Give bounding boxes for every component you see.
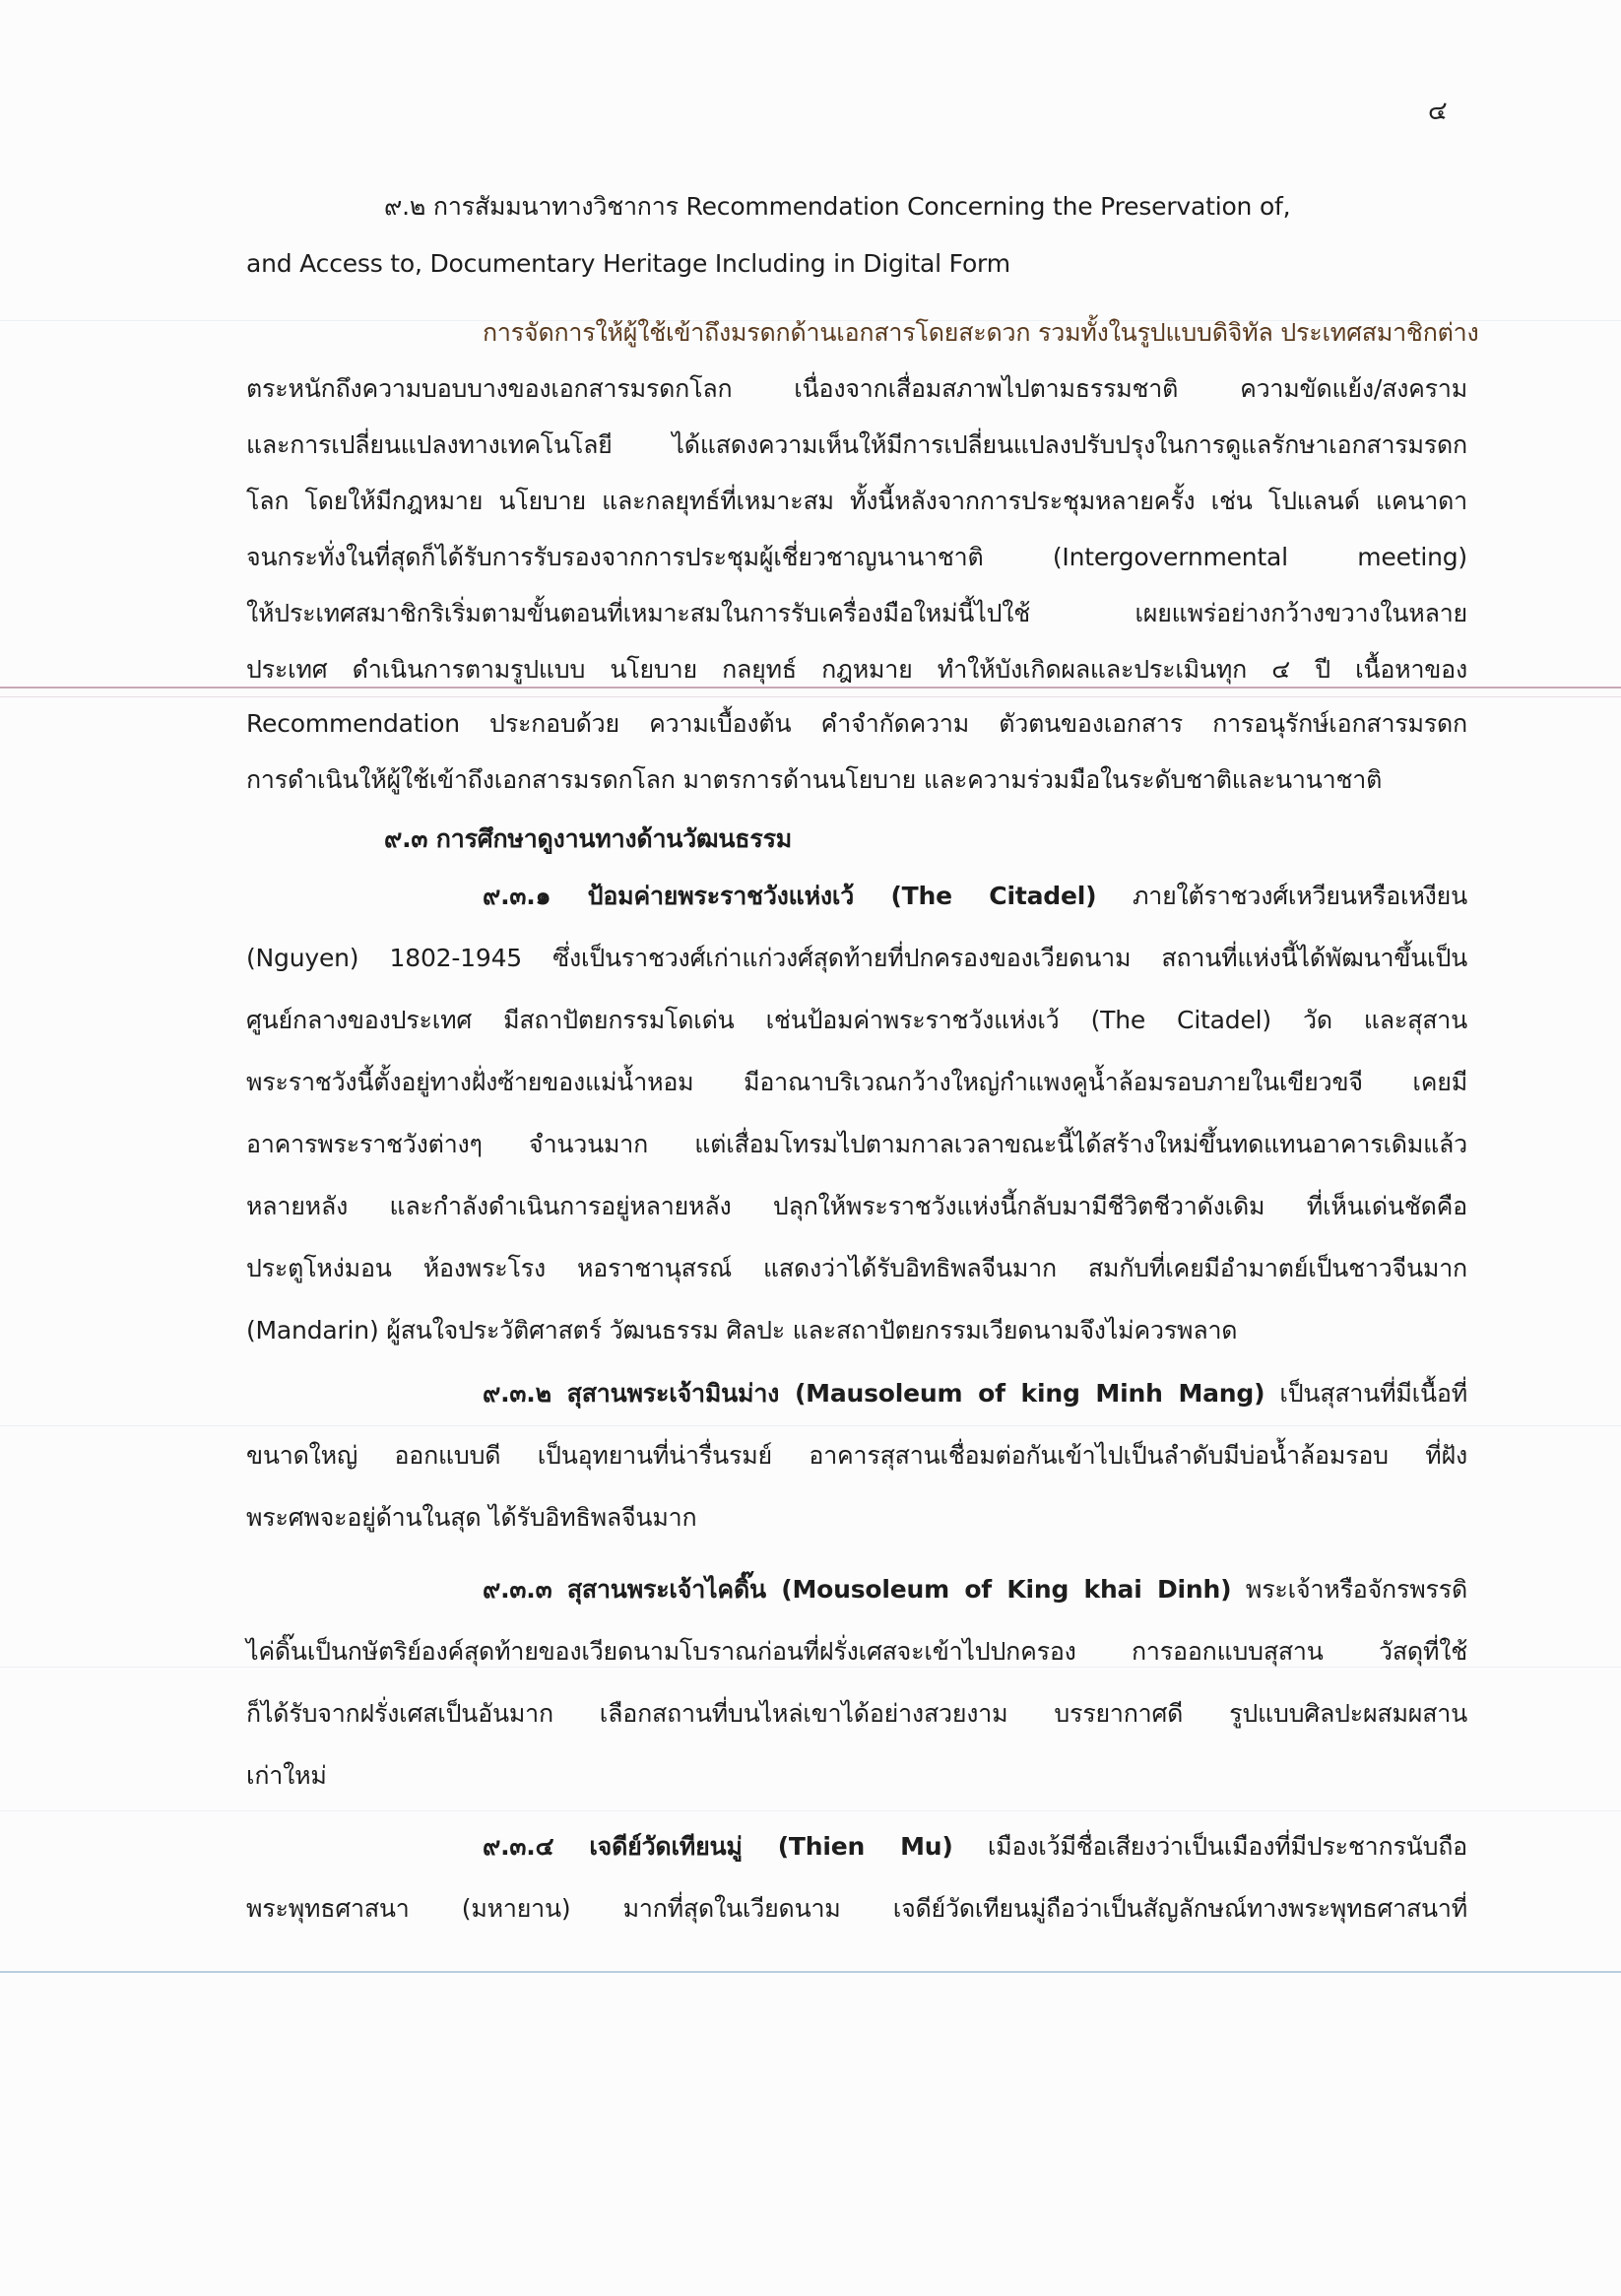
paragraph-line: การจัดการให้ผู้ใช้เข้าถึงมรดกด้านเอกสารโ… bbox=[483, 313, 1467, 353]
subsection-text: เป็นสุสานที่มีเนื้อที่ bbox=[1264, 1379, 1467, 1408]
paragraph-line: ศูนย์กลางของประเทศ มีสถาปัตยกรรมโดเด่น เ… bbox=[246, 1001, 1467, 1040]
subsection-9-3-4-first-line: ๙.๓.๔ เจดีย์วัดเทียนมู่ (Thien Mu) เมือง… bbox=[483, 1827, 1467, 1867]
subsection-9-3-2-first-line: ๙.๓.๒ สุสานพระเจ้ามินม่าง (Mausoleum of … bbox=[483, 1374, 1467, 1413]
document-page: ๔ ๙.๒ การสัมมนาทางวิชาการ Recommendation… bbox=[0, 0, 1621, 2296]
subsection-text: ภายใต้ราชวงศ์เหวียนหรือเหงียน bbox=[1096, 882, 1467, 910]
subsection-9-3-1-first-line: ๙.๓.๑ ป้อมค่ายพระราชวังแห่งเว้ (The Cita… bbox=[483, 877, 1467, 916]
section-heading-9-2-line2: and Access to, Documentary Heritage Incl… bbox=[246, 244, 1467, 284]
paragraph-line: (Mandarin) ผู้สนใจประวัติศาสตร์ วัฒนธรรม… bbox=[246, 1311, 1467, 1350]
page-number: ๔ bbox=[1428, 91, 1448, 131]
subsection-text: เมืองเว้มีชื่อเสียงว่าเป็นเมืองที่มีประช… bbox=[953, 1832, 1467, 1861]
paragraph-line: และการเปลี่ยนแปลงทางเทคโนโลยี ได้แสดงควา… bbox=[246, 426, 1467, 465]
paragraph-line: Recommendation ประกอบด้วย ความเบื้องต้น … bbox=[246, 704, 1467, 744]
subsection-title: ๙.๓.๓ สุสานพระเจ้าไคดิ๊น (Mousoleum of K… bbox=[483, 1575, 1231, 1604]
paragraph-line: ก็ได้รับจากฝรั่งเศสเป็นอันมาก เลือกสถานท… bbox=[246, 1694, 1467, 1734]
paragraph-line: ขนาดใหญ่ ออกแบบดี เป็นอุทยานที่น่ารื่นรม… bbox=[246, 1436, 1467, 1476]
scan-artifact-line bbox=[0, 696, 1621, 697]
paragraph-line: การดำเนินให้ผู้ใช้เข้าถึงเอกสารมรดกโลก ม… bbox=[246, 760, 1467, 800]
section-heading-9-2-line1: ๙.๒ การสัมมนาทางวิชาการ Recommendation C… bbox=[384, 187, 1467, 227]
paragraph-line: พระศพจะอยู่ด้านในสุด ได้รับอิทธิพลจีนมาก bbox=[246, 1498, 1467, 1538]
paragraph-line: พระพุทธศาสนา (มหายาน) มากที่สุดในเวียดนา… bbox=[246, 1889, 1467, 1929]
scan-artifact-line bbox=[0, 1425, 1621, 1426]
paragraph-line: (Nguyen) 1802-1945 ซึ่งเป็นราชวงศ์เก่าแก… bbox=[246, 939, 1467, 978]
subsection-9-3-3-first-line: ๙.๓.๓ สุสานพระเจ้าไคดิ๊น (Mousoleum of K… bbox=[483, 1570, 1467, 1609]
paragraph-line: จนกระทั่งในที่สุดก็ได้รับการรับรองจากการ… bbox=[246, 538, 1467, 577]
paragraph-line: หลายหลัง และกำลังดำเนินการอยู่หลายหลัง ป… bbox=[246, 1187, 1467, 1226]
paragraph-line: ประตูโหง่มอน ห้องพระโรง หอราชานุสรณ์ แสด… bbox=[246, 1249, 1467, 1288]
scan-artifact-line bbox=[0, 1971, 1621, 1973]
paragraph-line: ไค่ดิ๊นเป็นกษัตริย์องค์สุดท้ายของเวียดนา… bbox=[246, 1632, 1467, 1672]
subsection-title: ๙.๓.๑ ป้อมค่ายพระราชวังแห่งเว้ (The Cita… bbox=[483, 882, 1096, 910]
subsection-title: ๙.๓.๔ เจดีย์วัดเทียนมู่ (Thien Mu) bbox=[483, 1832, 953, 1861]
paragraph-line: อาคารพระราชวังต่างๆ จำนวนมาก แต่เสื่อมโท… bbox=[246, 1125, 1467, 1164]
subsection-title: ๙.๓.๒ สุสานพระเจ้ามินม่าง (Mausoleum of … bbox=[483, 1379, 1264, 1408]
paragraph-line: โลก โดยให้มีกฎหมาย นโยบาย และกลยุทธ์ที่เ… bbox=[246, 482, 1467, 521]
paragraph-line: ประเทศ ดำเนินการตามรูปแบบ นโยบาย กลยุทธ์… bbox=[246, 650, 1467, 689]
paragraph-line: พระราชวังนี้ตั้งอยู่ทางฝั่งซ้ายของแม่น้ำ… bbox=[246, 1063, 1467, 1102]
scan-artifact-line bbox=[0, 1810, 1621, 1811]
section-heading-9-3: ๙.๓ การศึกษาดูงานทางด้านวัฒนธรรม bbox=[384, 820, 1605, 859]
subsection-text: พระเจ้าหรือจักรพรรดิ bbox=[1231, 1575, 1467, 1604]
paragraph-line: ให้ประเทศสมาชิกริเริ่มตามขั้นตอนที่เหมาะ… bbox=[246, 594, 1467, 633]
paragraph-line: เก่าใหม่ bbox=[246, 1756, 1467, 1796]
paragraph-line: ตระหนักถึงความบอบบางของเอกสารมรดกโลก เนื… bbox=[246, 369, 1467, 409]
